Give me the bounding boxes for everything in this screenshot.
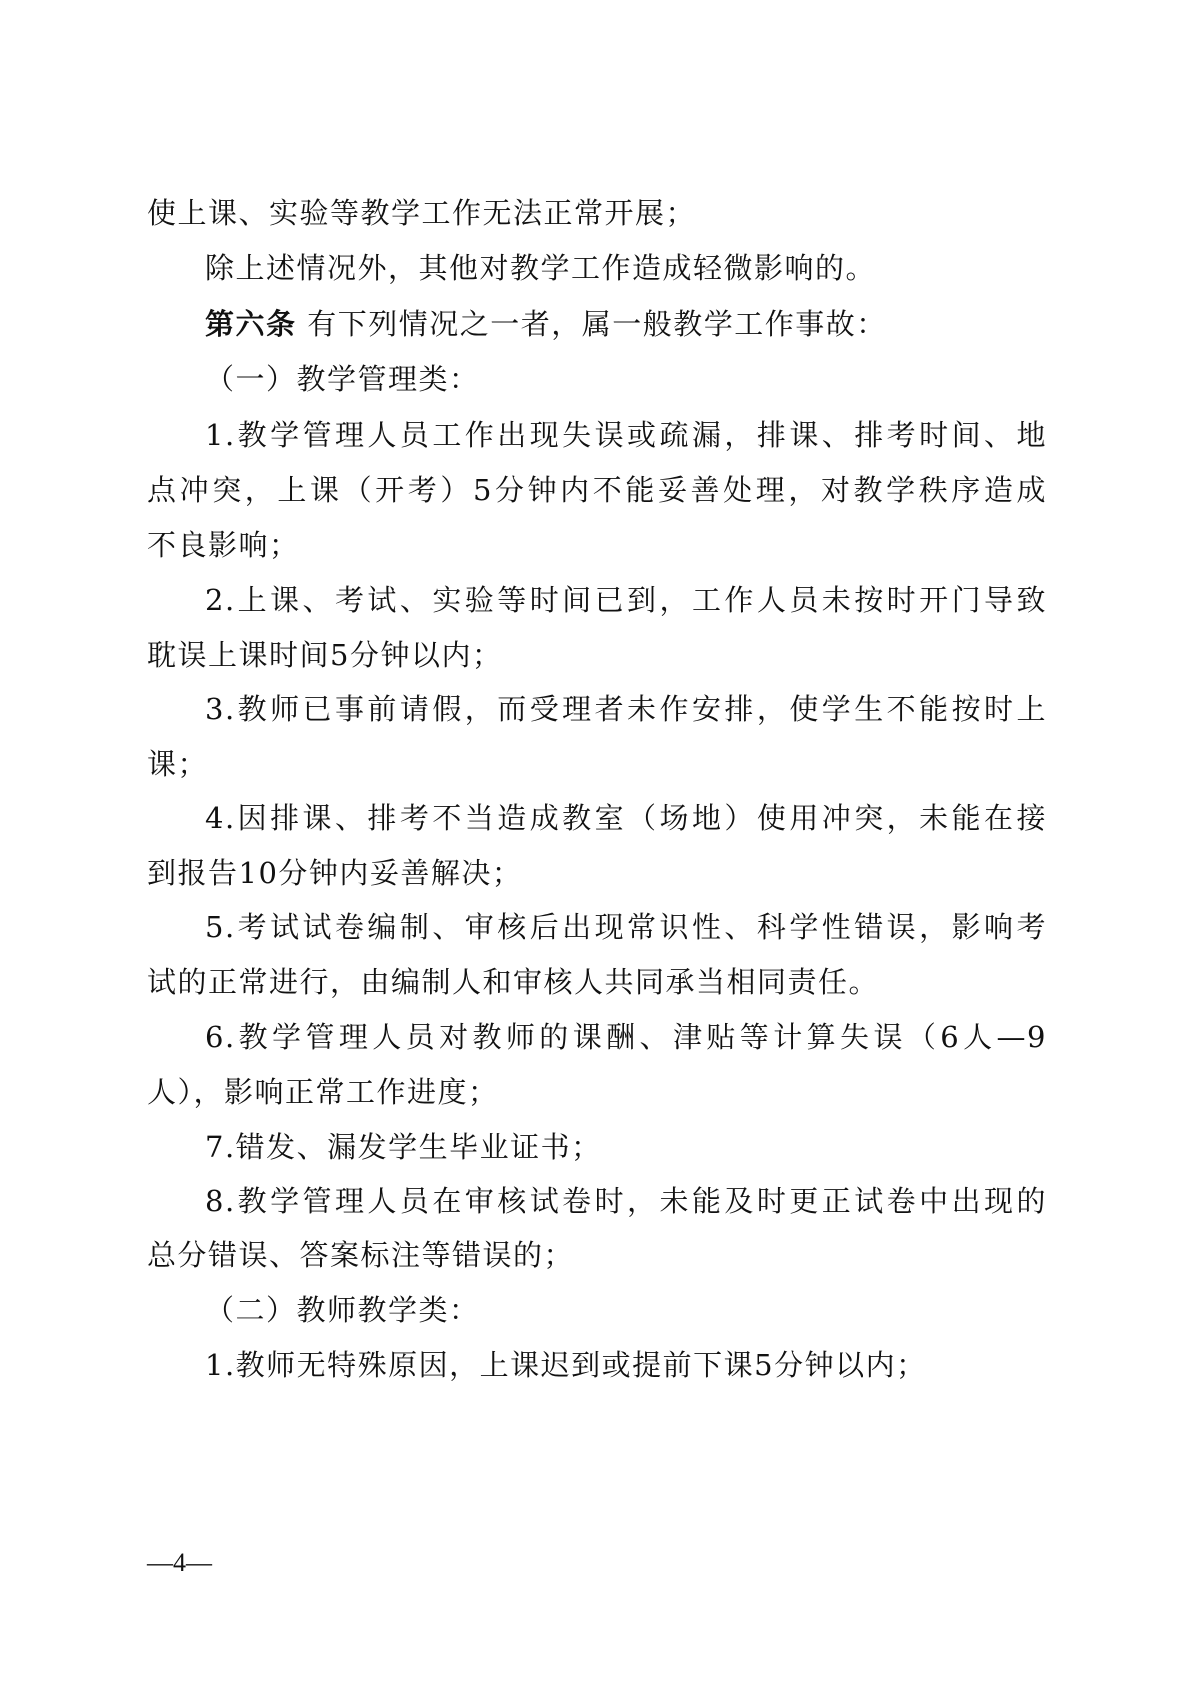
paragraph-line: 到报告10分钟内妥善解决；: [147, 853, 1047, 893]
section-heading: （一）教学管理类：: [205, 359, 1047, 399]
paragraph-line: 总分错误、答案标注等错误的；: [147, 1235, 1047, 1275]
article-label: 第六条: [205, 307, 297, 341]
paragraph-line: 5.考试试卷编制、审核后出现常识性、科学性错误，影响考: [205, 907, 1047, 947]
paragraph-line: 课；: [147, 744, 1047, 784]
paragraph-line: 1.教学管理人员工作出现失误或疏漏，排课、排考时间、地: [205, 415, 1047, 455]
paragraph-line: 除上述情况外，其他对教学工作造成轻微影响的。: [205, 248, 1047, 288]
paragraph-line: 1.教师无特殊原因，上课迟到或提前下课5分钟以内；: [205, 1345, 1047, 1385]
article-text: 有下列情况之一者，属一般教学工作事故：: [297, 307, 887, 341]
paragraph-line: 6.教学管理人员对教师的课酬、津贴等计算失误（6人—9: [205, 1017, 1047, 1057]
paragraph-line: 耽误上课时间5分钟以内；: [147, 635, 1047, 675]
paragraph-line: 试的正常进行，由编制人和审核人共同承当相同责任。: [147, 962, 1047, 1002]
section-heading: （二）教师教学类：: [205, 1290, 1047, 1330]
paragraph-line: 2.上课、考试、实验等时间已到，工作人员未按时开门导致: [205, 580, 1047, 620]
paragraph-line: 点冲突，上课（开考）5分钟内不能妥善处理，对教学秩序造成: [147, 470, 1047, 510]
paragraph-line: 人），影响正常工作进度；: [147, 1072, 1047, 1112]
paragraph-line: 4.因排课、排考不当造成教室（场地）使用冲突，未能在接: [205, 798, 1047, 838]
paragraph-line: 不良影响；: [147, 525, 1047, 565]
paragraph-line: 7.错发、漏发学生毕业证书；: [205, 1127, 1047, 1167]
paragraph-line: 使上课、实验等教学工作无法正常开展；: [147, 193, 1047, 233]
page-number: —4—: [147, 1545, 212, 1581]
paragraph-line: 8.教学管理人员在审核试卷时，未能及时更正试卷中出现的: [205, 1181, 1047, 1221]
article-heading-line: 第六条 有下列情况之一者，属一般教学工作事故：: [205, 304, 1047, 344]
paragraph-line: 3.教师已事前请假，而受理者未作安排，使学生不能按时上: [205, 689, 1047, 729]
